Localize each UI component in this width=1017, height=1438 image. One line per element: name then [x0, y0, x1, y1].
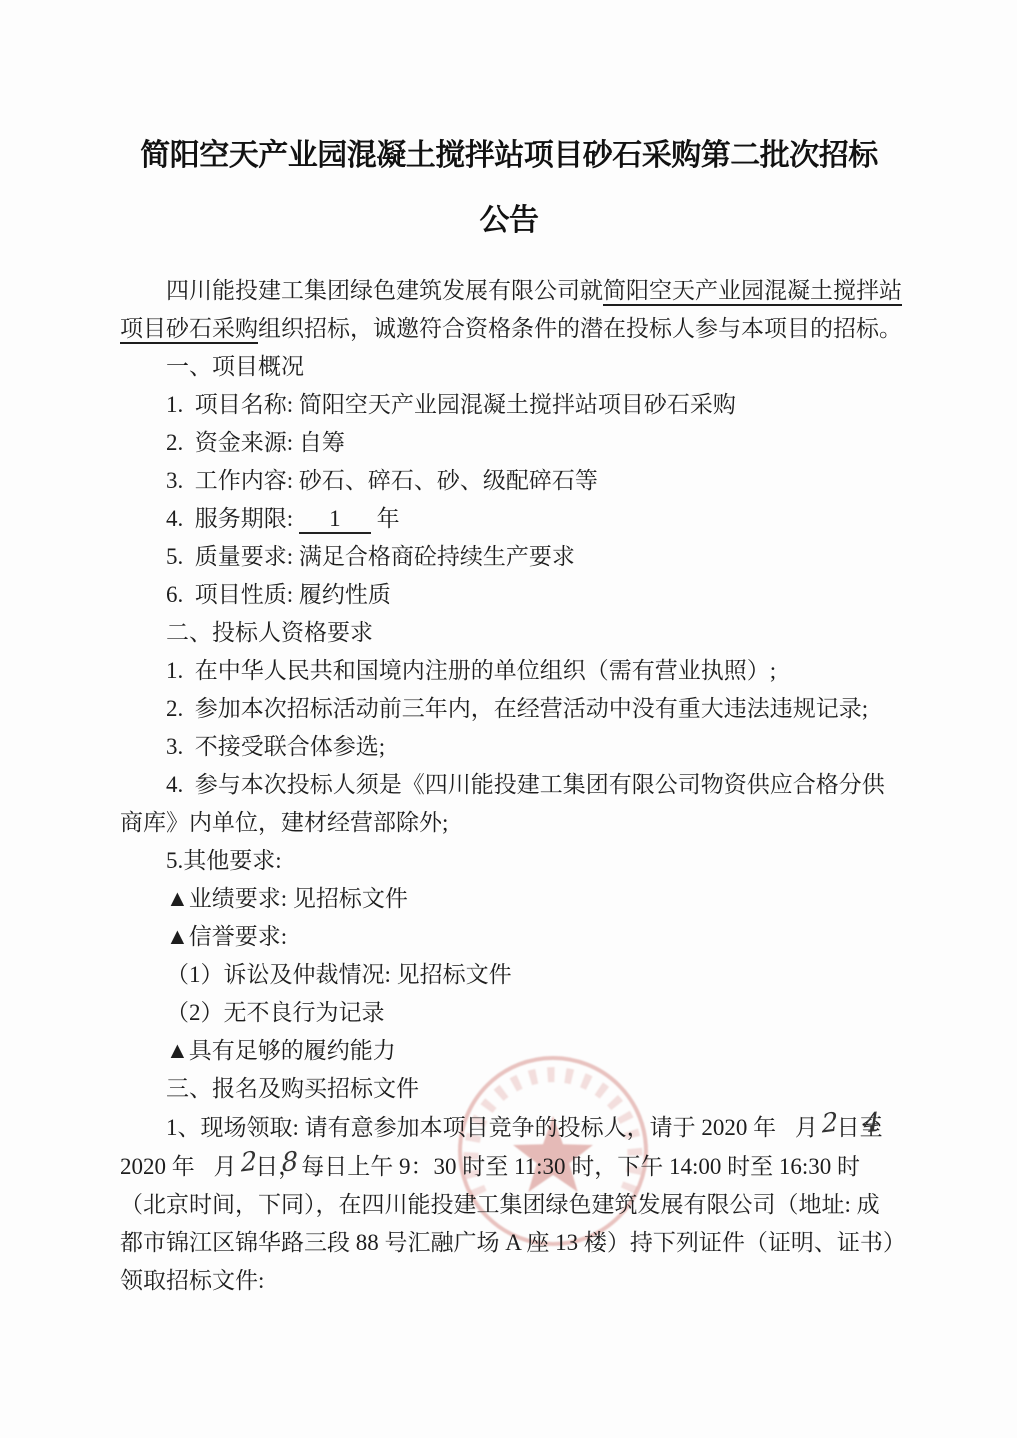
intro-paragraph: 四川能投建工集团绿色建筑发展有限公司就简阳空天产业园混凝土搅拌站项目砂石采购组织…: [120, 272, 902, 348]
intro-lead: 四川能投建工集团绿色建筑发展有限公司就: [166, 278, 603, 303]
overview-item-1: 1. 项目名称: 简阳空天产业园混凝土搅拌站项目砂石采购: [120, 386, 902, 424]
overview-item-3: 3. 工作内容: 砂石、碎石、砂、级配碎石等: [120, 462, 902, 500]
overview-item-4: 4. 服务期限: 1 年: [120, 500, 902, 538]
qualification-conduct-item: （2）无不良行为记录: [120, 994, 902, 1032]
title-line-2: 公告: [118, 188, 900, 253]
qualification-item-2: 2. 参加本次招标活动前三年内，在经营活动中没有重大违法违规记录;: [120, 690, 902, 728]
overview-item-5: 5. 质量要求: 满足合格商砼持续生产要求: [120, 538, 902, 576]
qualification-capability-item: ▲具有足够的履约能力: [120, 1032, 902, 1070]
service-term-unit: 年: [371, 506, 400, 531]
registration-seg-4: 月: [213, 1154, 236, 1179]
overview-item-6: 6. 项目性质: 履约性质: [120, 576, 902, 614]
registration-seg-2: 月: [795, 1115, 818, 1140]
qualification-litigation-item: （1）诉讼及仲裁情况: 见招标文件: [120, 956, 902, 994]
qualification-item-4: 4. 参与本次投标人须是《四川能投建工集团有限公司物资供应合格分供商库》内单位，…: [120, 766, 902, 842]
service-term-label: 4. 服务期限:: [166, 506, 299, 531]
handwritten-end-month: 2: [194, 1148, 214, 1188]
qualification-item-5: 5.其他要求:: [120, 842, 902, 880]
registration-paragraph: 1、现场领取: 请有意参加本项目竞争的投标人，请于 2020 年2月4日至 20…: [120, 1108, 902, 1300]
qualification-item-3: 3. 不接受联合体参选;: [120, 728, 902, 766]
qualification-heading: 二、投标人资格要求: [120, 614, 902, 652]
service-term-value-underlined: 1: [299, 506, 371, 534]
handwritten-start-day: 4: [817, 1109, 837, 1149]
registration-seg-1: 1、现场领取: 请有意参加本项目竞争的投标人，请于 2020 年: [166, 1115, 776, 1140]
handwritten-start-month: 2: [776, 1109, 796, 1149]
document-body: 四川能投建工集团绿色建筑发展有限公司就简阳空天产业园混凝土搅拌站项目砂石采购组织…: [120, 272, 902, 1300]
document-page: 简阳空天产业园混凝土搅拌站项目砂石采购第二批次招标 公告 四川能投建工集团绿色建…: [0, 0, 1017, 1438]
registration-heading: 三、报名及购买招标文件: [120, 1070, 902, 1108]
qualification-performance-requirement: ▲业绩要求: 见招标文件: [120, 880, 902, 918]
handwritten-end-day: 8: [236, 1148, 256, 1188]
qualification-item-1: 1. 在中华人民共和国境内注册的单位组织（需有营业执照）;: [120, 652, 902, 690]
qualification-credit-requirement: ▲信誉要求:: [120, 918, 902, 956]
title-line-1: 简阳空天产业园混凝土搅拌站项目砂石采购第二批次招标: [118, 123, 900, 188]
intro-tail: 组织招标，诚邀符合资格条件的潜在投标人参与本项目的招标。: [258, 316, 902, 341]
overview-item-2: 2. 资金来源: 自筹: [120, 424, 902, 462]
document-title: 简阳空天产业园混凝土搅拌站项目砂石采购第二批次招标 公告: [118, 123, 900, 253]
overview-heading: 一、项目概况: [120, 348, 902, 386]
